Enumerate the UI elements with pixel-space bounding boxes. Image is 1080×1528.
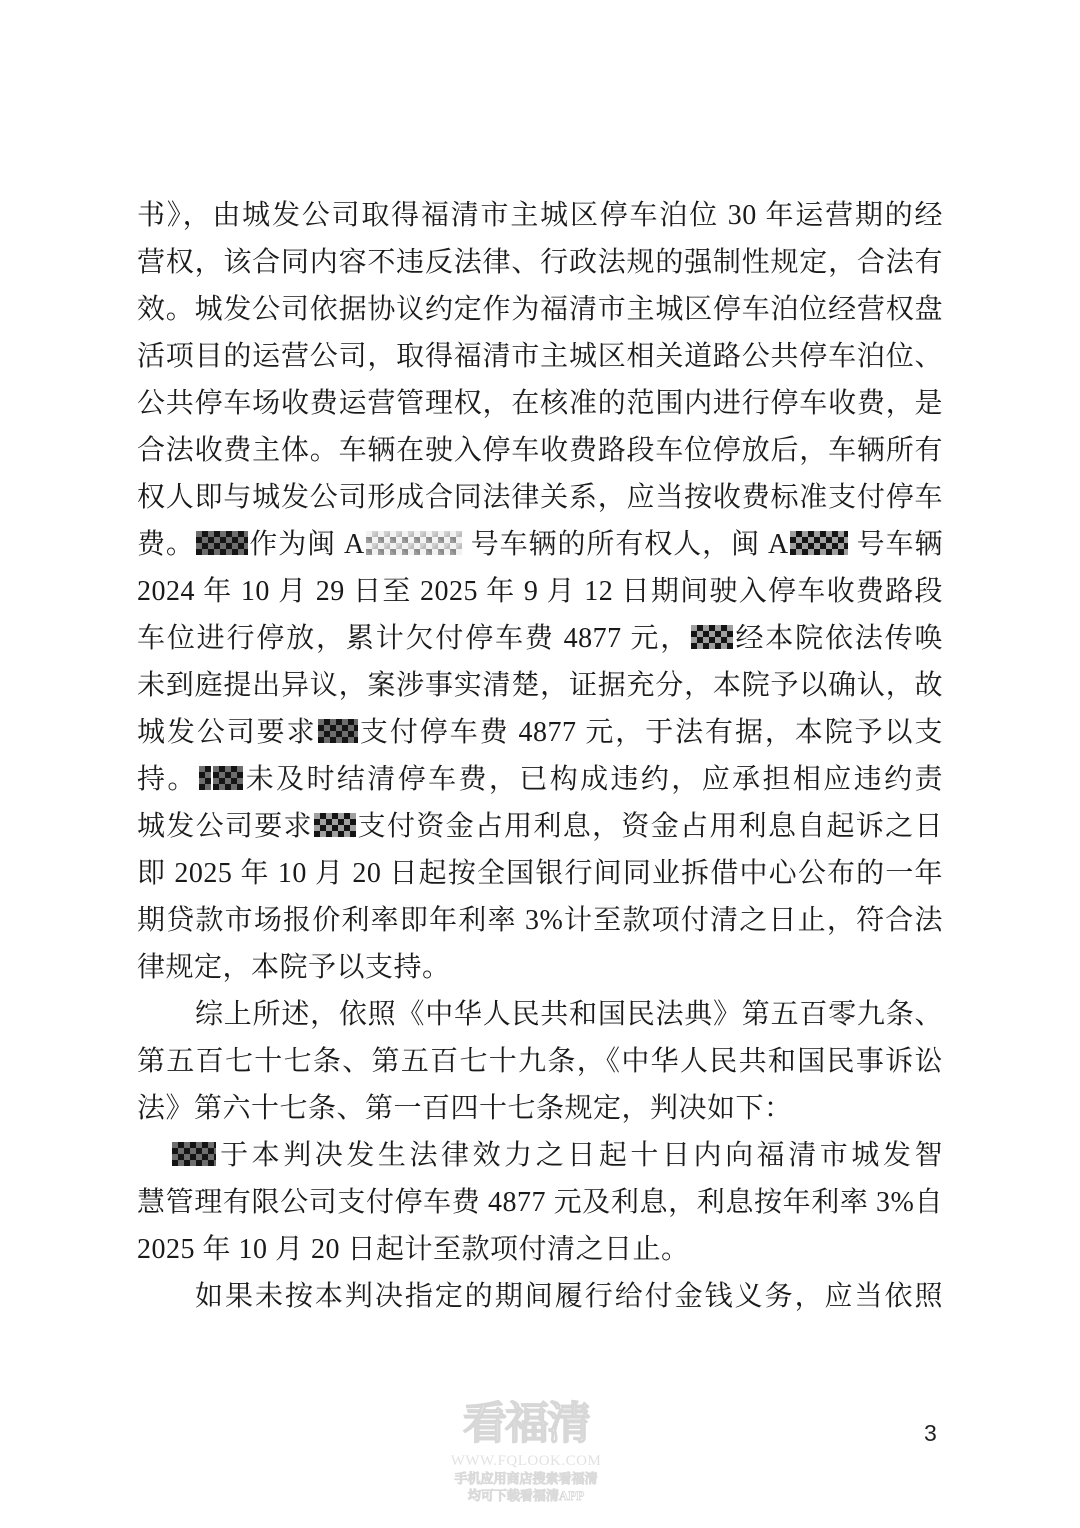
- text-line: 慧管理有限公司支付停车费 4877 元及利息，利息按年利率 3%自: [137, 1179, 943, 1226]
- redacted-name-block: [199, 766, 211, 790]
- redacted-name-block: [196, 531, 248, 555]
- judgment-document-page: 书》，由城发公司取得福清市主城区停车泊位 30 年运营期的经营权，该合同内容不违…: [0, 0, 1080, 1528]
- text-line: 2024 年 10 月 29 日至 2025 年 9 月 12 日期间驶入停车收…: [137, 568, 943, 615]
- redacted-name-block: [790, 531, 848, 555]
- redacted-name-block: [318, 719, 358, 743]
- text-line: 未到庭提出异议，案涉事实清楚，证据充分，本院予以确认，故: [137, 662, 943, 709]
- page-number: 3: [924, 1420, 937, 1447]
- text-line: 城发公司要求支付资金占用利息，资金占用利息自起诉之日: [137, 803, 943, 850]
- text-lines: 书》，由城发公司取得福清市主城区停车泊位 30 年运营期的经营权，该合同内容不违…: [137, 192, 943, 1320]
- text-line: 2025 年 10 月 20 日起计至款项付清之日止。: [137, 1226, 943, 1273]
- text-line: 营权，该合同内容不违反法律、行政法规的强制性规定，合法有: [137, 239, 943, 286]
- text-line: 第五百七十七条、第五百七十九条，《中华人民共和国民事诉讼: [137, 1038, 943, 1085]
- text-line: 综上所述，依照《中华人民共和国民法典》第五百零九条、: [137, 991, 943, 1038]
- text-line: 费。作为闽 A 号车辆的所有权人，闽 A 号车辆在: [137, 521, 943, 568]
- text-line: 于本判决发生法律效力之日起十日内向福清市城发智: [137, 1132, 943, 1179]
- text-line: 权人即与城发公司形成合同法律关系，应当按收费标准支付停车: [137, 474, 943, 521]
- watermark-note-line2: 均可下载看福清APP: [448, 1487, 604, 1504]
- text-line: 如果未按本判决指定的期间履行给付金钱义务，应当依照: [137, 1273, 943, 1320]
- watermark-note-line1: 手机应用商店搜索看福清: [448, 1470, 604, 1487]
- text-line: 活项目的运营公司，取得福清市主城区相关道路公共停车泊位、: [137, 333, 943, 380]
- text-line: 期贷款市场报价利率即年利率 3%计至款项付清之日止，符合法: [137, 897, 943, 944]
- text-line: 效。城发公司依据协议约定作为福清市主城区停车泊位经营权盘: [137, 286, 943, 333]
- text-line: 城发公司要求支付停车费 4877 元，于法有据，本院予以支: [137, 709, 943, 756]
- text-line: 车位进行停放，累计欠付停车费 4877 元，经本院依法传唤: [137, 615, 943, 662]
- redacted-name-block: [213, 766, 243, 790]
- redacted-name-block: [172, 1142, 216, 1166]
- text-line: 书》，由城发公司取得福清市主城区停车泊位 30 年运营期的经: [137, 192, 943, 239]
- text-line: 公共停车场收费运营管理权，在核准的范围内进行停车收费，是: [137, 380, 943, 427]
- watermark-url: WWW.FQLOOK.COM: [448, 1452, 604, 1470]
- watermark: 看福清 WWW.FQLOOK.COM 手机应用商店搜索看福清 均可下载看福清AP…: [448, 1398, 604, 1504]
- text-line: 即 2025 年 10 月 20 日起按全国银行间同业拆借中心公布的一年: [137, 850, 943, 897]
- watermark-logo-text: 看福清: [448, 1398, 604, 1450]
- text-line: 法》第六十七条、第一百四十七条规定，判决如下：: [137, 1085, 943, 1132]
- text-line: 律规定，本院予以支持。: [137, 944, 943, 991]
- text-line: 持。未及时结清停车费，已构成违约，应承担相应违约责任，: [137, 756, 943, 803]
- redacted-name-block: [314, 813, 356, 837]
- text-line: 合法收费主体。车辆在驶入停车收费路段车位停放后，车辆所有: [137, 427, 943, 474]
- judgment-text-block: 书》，由城发公司取得福清市主城区停车泊位 30 年运营期的经营权，该合同内容不违…: [137, 192, 943, 1320]
- redacted-name-block: [691, 625, 733, 649]
- redacted-name-block: [366, 531, 462, 555]
